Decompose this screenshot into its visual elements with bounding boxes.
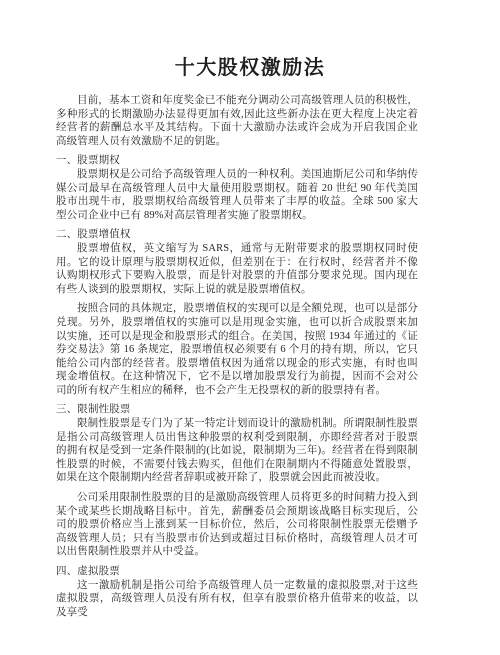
paragraph-phantom-stock-1: 这一激励机制是指公司给予高级管理人员一定数量的虚拟股票,对于这些虚拟股票，高级管…	[56, 579, 418, 620]
paragraph-restricted-stock-2: 公司采用限制性股票的目的是激励高级管理人员将更多的时间精力投入到某个或某些长期战…	[56, 491, 418, 559]
section-heading-phantom-stock: 四、虚拟股票	[56, 565, 418, 579]
document-page: 十大股权激励法 目前，基本工资和年度奖金已不能充分调动公司高级管理人员的积极性，…	[0, 0, 500, 655]
paragraph-restricted-stock-1: 限制性股票是专门为了某一特定计划而设计的激励机制。所谓限制性股票是指公司高级管理…	[56, 417, 418, 485]
paragraph-sars-1: 股票增值权，英文缩写为 SARS，通常与无附带要求的股票期权同时使用。它的设计原…	[56, 242, 418, 296]
paragraph-stock-options-1: 股票期权是公司给予高级管理人员的一种权利。美国迪斯尼公司和华纳传媒公司最早在高级…	[56, 168, 418, 222]
intro-paragraph: 目前，基本工资和年度奖金已不能充分调动公司高级管理人员的积极性，多种形式的长期激…	[56, 94, 418, 148]
section-heading-stock-appreciation-rights: 二、股票增值权	[56, 228, 418, 242]
doc-body: 目前，基本工资和年度奖金已不能充分调动公司高级管理人员的积极性，多种形式的长期激…	[56, 94, 418, 619]
paragraph-sars-2: 按照合同的具体规定，股票增值权的实现可以是全额兑现，也可以是部分兑现。另外，股票…	[56, 302, 418, 397]
section-heading-stock-options: 一、股票期权	[56, 154, 418, 168]
section-heading-restricted-stock: 三、限制性股票	[56, 403, 418, 417]
doc-title: 十大股权激励法	[0, 0, 500, 80]
